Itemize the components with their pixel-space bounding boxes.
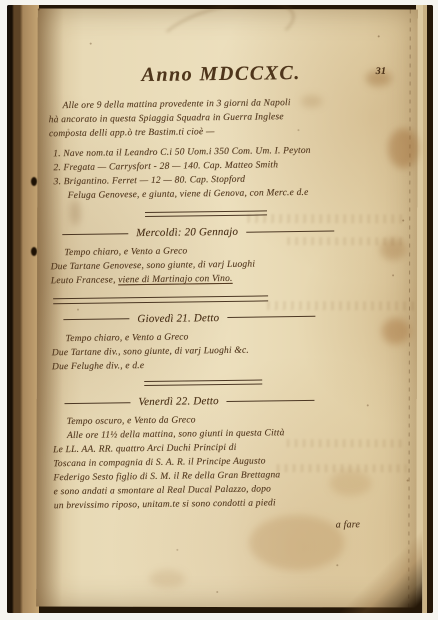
date-header-rule-right — [227, 399, 315, 401]
stain — [149, 570, 185, 588]
underlined-passage: viene di Martinajo con Vino. — [118, 274, 233, 285]
folio-number: 31 — [376, 65, 387, 79]
manuscript-text-block: 31 Anno MDCCXC. Alle ore 9 della mattina… — [48, 47, 400, 537]
page-edge-line — [408, 9, 411, 607]
date-header: Mercoldì: 20 Gennajo — [136, 225, 238, 240]
stitch-hole — [31, 247, 37, 256]
date-header-rule-left — [63, 319, 129, 321]
date-header-row: Venerdì 22. Detto — [52, 392, 398, 411]
entry-divider — [53, 296, 268, 304]
scanned-manuscript-photo: { "page": { "folio_number": "31", "year_… — [0, 0, 438, 620]
date-header-row: Mercoldì: 20 Gennajo — [50, 223, 396, 242]
entry: Tempo chiaro, e Vento a Greco Due Tartan… — [50, 242, 397, 289]
fleet-list: 1. Nave nom.ta il Leandro C.i 50 Uom.i 3… — [49, 143, 396, 204]
stitch-hole — [31, 177, 37, 186]
book-photo: 31 Anno MDCCXC. Alle ore 9 della mattina… — [7, 5, 433, 613]
date-header-row: Giovedì 21. Detto — [51, 309, 397, 328]
page-corner-shade — [327, 530, 422, 613]
date-header-rule-right — [246, 230, 334, 232]
date-header-rule-left — [64, 402, 130, 404]
entry-divider — [145, 210, 267, 217]
page-stack-edge — [416, 5, 433, 613]
date-header: Venerdì 22. Detto — [138, 394, 218, 409]
entry: Tempo oscuro, e Vento da Greco Alle ore … — [53, 411, 400, 514]
entry-divider — [144, 379, 262, 386]
date-header: Giovedì 21. Detto — [137, 311, 219, 326]
ink-specks — [38, 9, 40, 11]
entry-line-prefix: Leuto Francese, — [51, 276, 118, 287]
manuscript-page: 31 Anno MDCCXC. Alle ore 9 della mattina… — [36, 9, 418, 608]
binding-gutter — [7, 5, 39, 613]
year-heading: Anno MDCCXC. — [48, 57, 394, 92]
opening-entry: Alle ore 9 della mattina provedente in 3… — [49, 95, 396, 142]
date-header-rule-right — [227, 316, 315, 318]
date-header-rule-left — [62, 233, 128, 235]
entry: Tempo chiaro, e Vento a Greco Due Tartan… — [52, 328, 399, 375]
